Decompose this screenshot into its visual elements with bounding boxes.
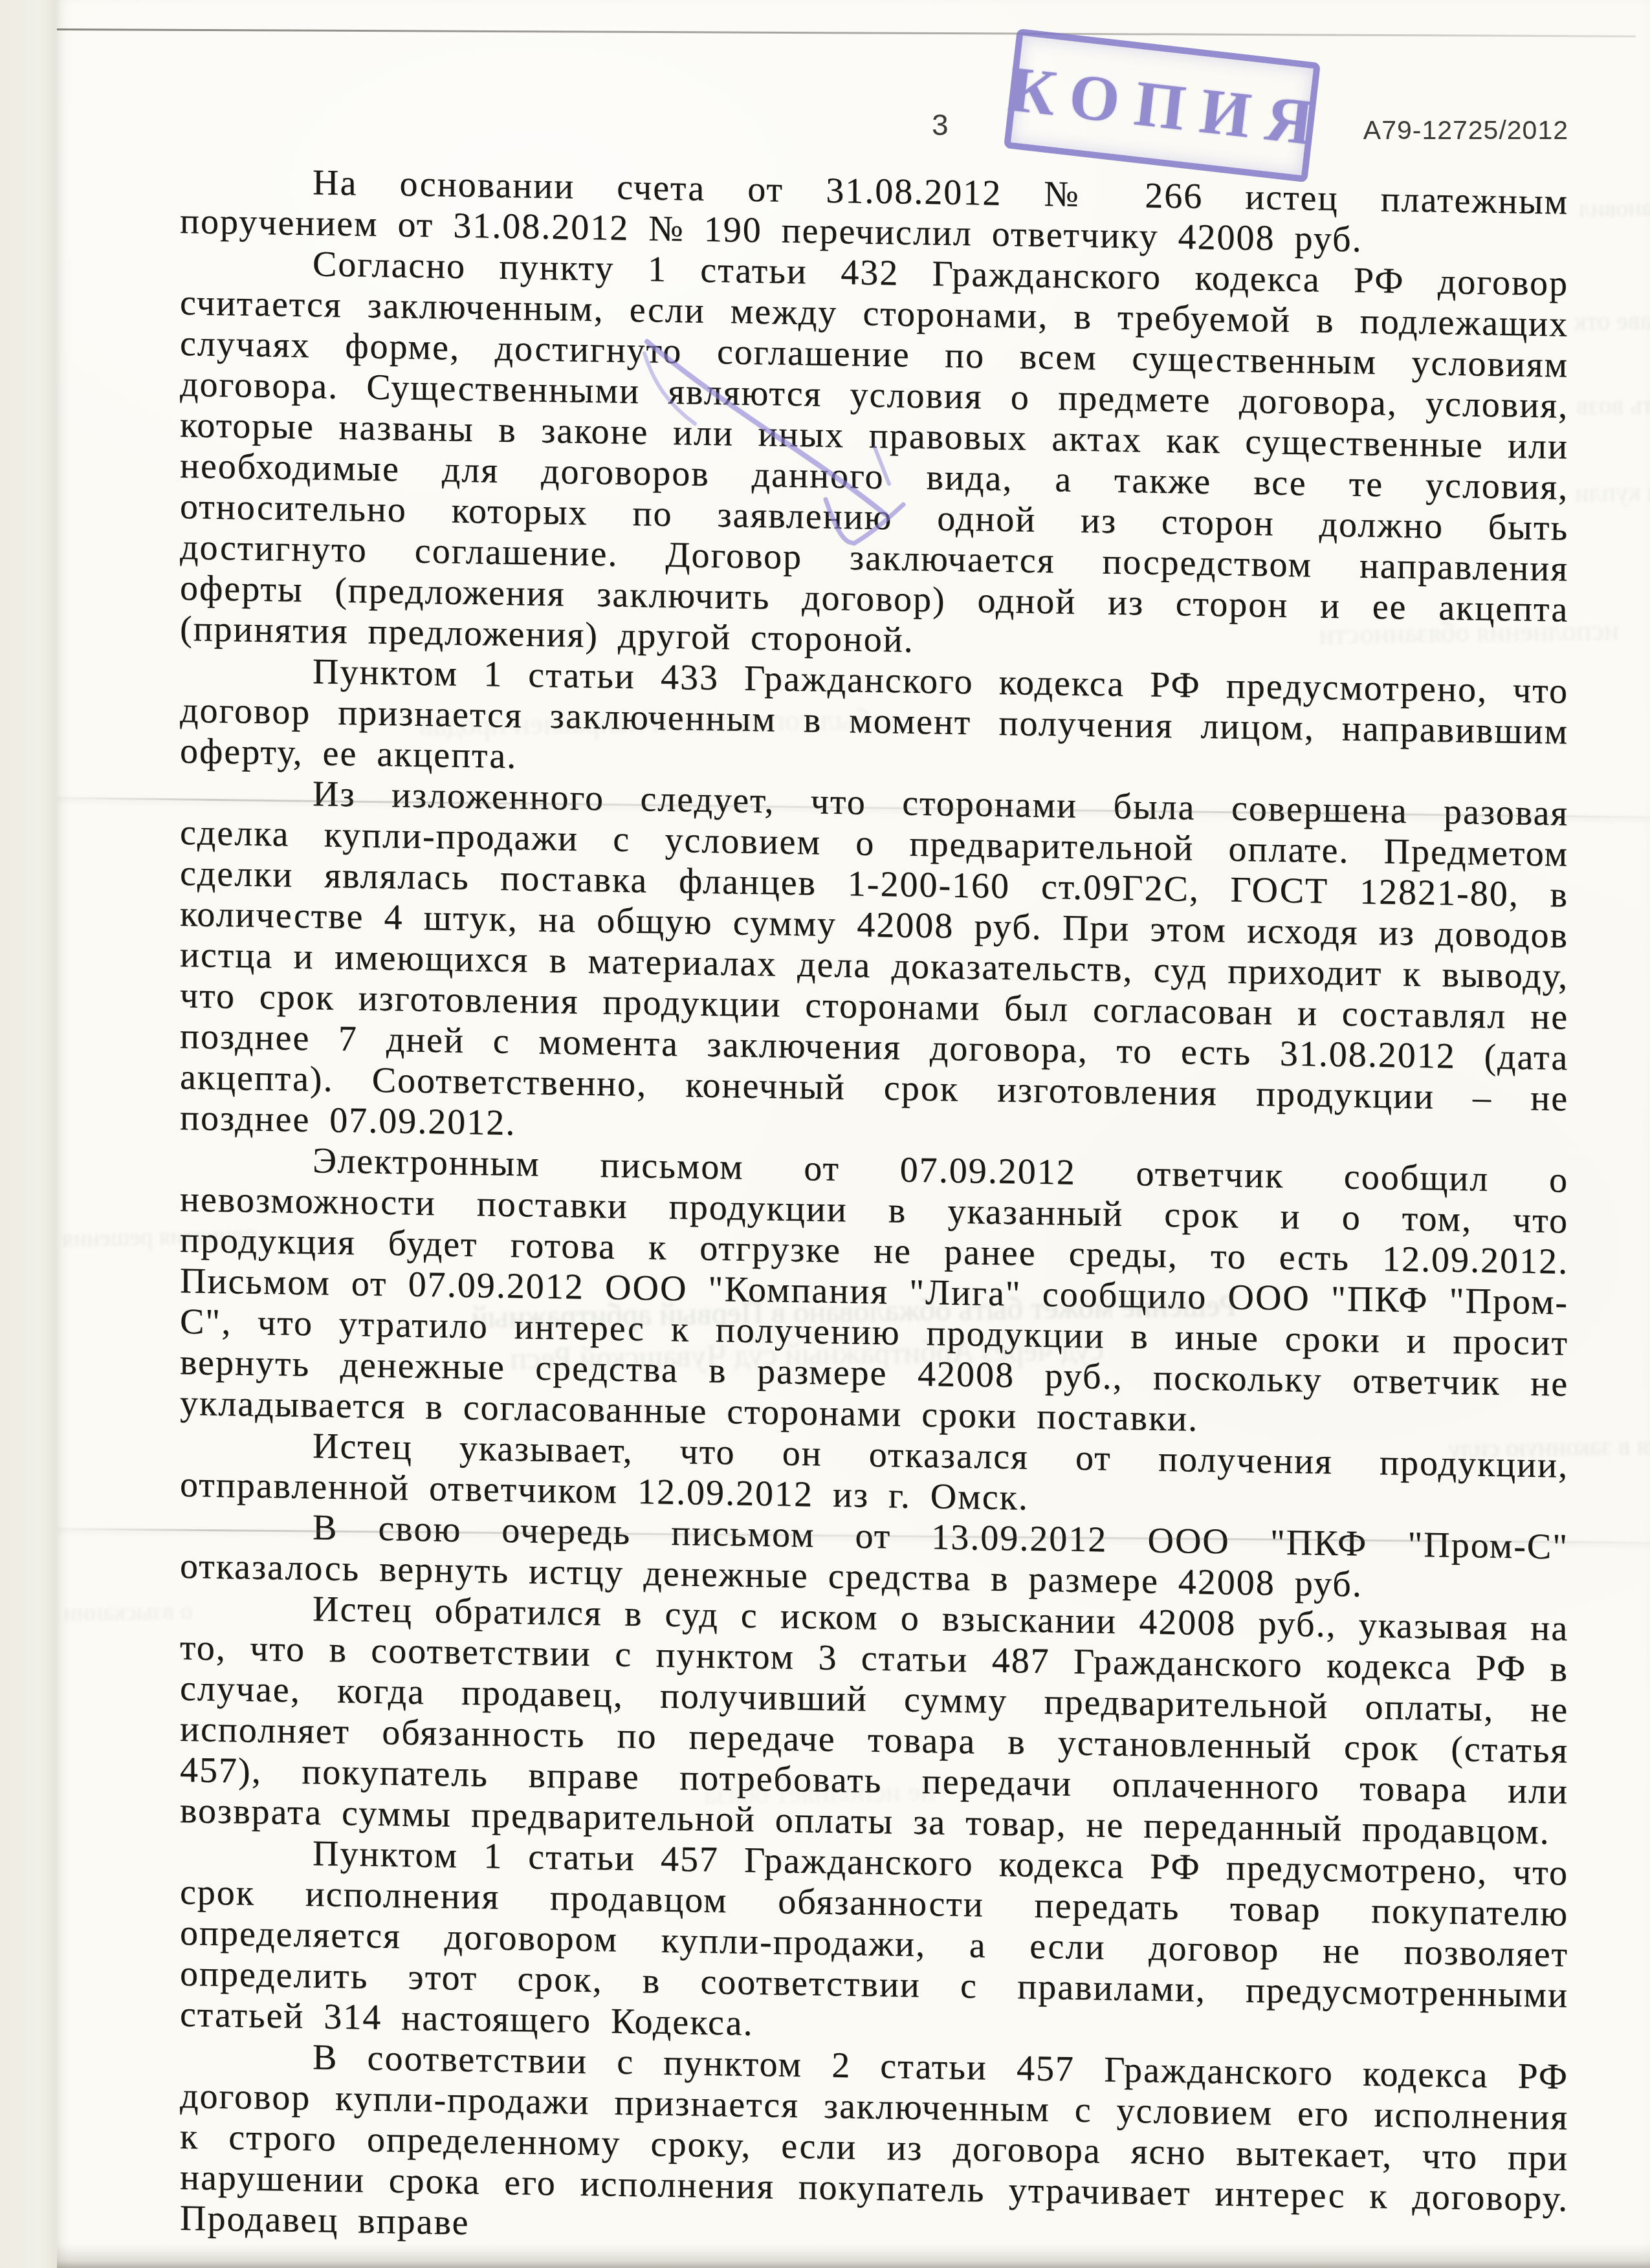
showthrough-fragment: о взыскании [63, 1597, 193, 1627]
copy-stamp-label: КОПИЯ [992, 50, 1332, 162]
paragraph: Электронным письмом от 07.09.2012 ответч… [180, 1139, 1568, 1446]
showthrough-fragment: был согласован и направлен продав [419, 702, 871, 743]
showthrough-fragment: установил [1579, 193, 1650, 224]
paragraph: Из изложенного следует, что сторонами бы… [180, 772, 1568, 1161]
scanned-court-document: 3 А79-12725/2012 КОПИЯ На основании счет… [0, 0, 1650, 2268]
paragraph: Пунктом 1 статьи 457 Гражданского кодекс… [180, 1831, 1568, 2057]
showthrough-fragment: потребовать возв [1576, 389, 1650, 421]
showthrough-fragment: принятия решения [62, 1221, 258, 1253]
showthrough-fragment: договором купли [1575, 474, 1650, 508]
page-bottom-shadow [57, 2243, 1650, 2268]
copy-stamp: КОПИЯ [1004, 28, 1321, 182]
showthrough-fragment: вступления в законную силу [1448, 1428, 1650, 1464]
paper-sheet: 3 А79-12725/2012 КОПИЯ На основании счет… [57, 0, 1650, 2268]
showthrough-fragment: исполнения обязанности [1319, 614, 1620, 651]
case-number: А79-12725/2012 [1363, 115, 1568, 146]
paragraph: Истец обратился в суд с иском о взыскани… [180, 1587, 1568, 1853]
paragraph: В соответствии с пунктом 2 статьи 457 Гр… [180, 2035, 1568, 2261]
scanner-background-strip [0, 0, 57, 2268]
page-top-edge [57, 28, 1636, 38]
showthrough-fragment: вправе отк [1574, 304, 1650, 336]
paragraph: Пунктом 1 статьи 433 Гражданского кодекс… [180, 649, 1568, 794]
showthrough-fragment: не исполняет обяза [704, 1775, 936, 1811]
document-body: На основании счета от 31.08.2012 № 266 и… [180, 160, 1568, 2261]
paragraph: Согласно пункту 1 статьи 432 Гражданског… [180, 242, 1568, 671]
page-number: 3 [932, 107, 949, 142]
